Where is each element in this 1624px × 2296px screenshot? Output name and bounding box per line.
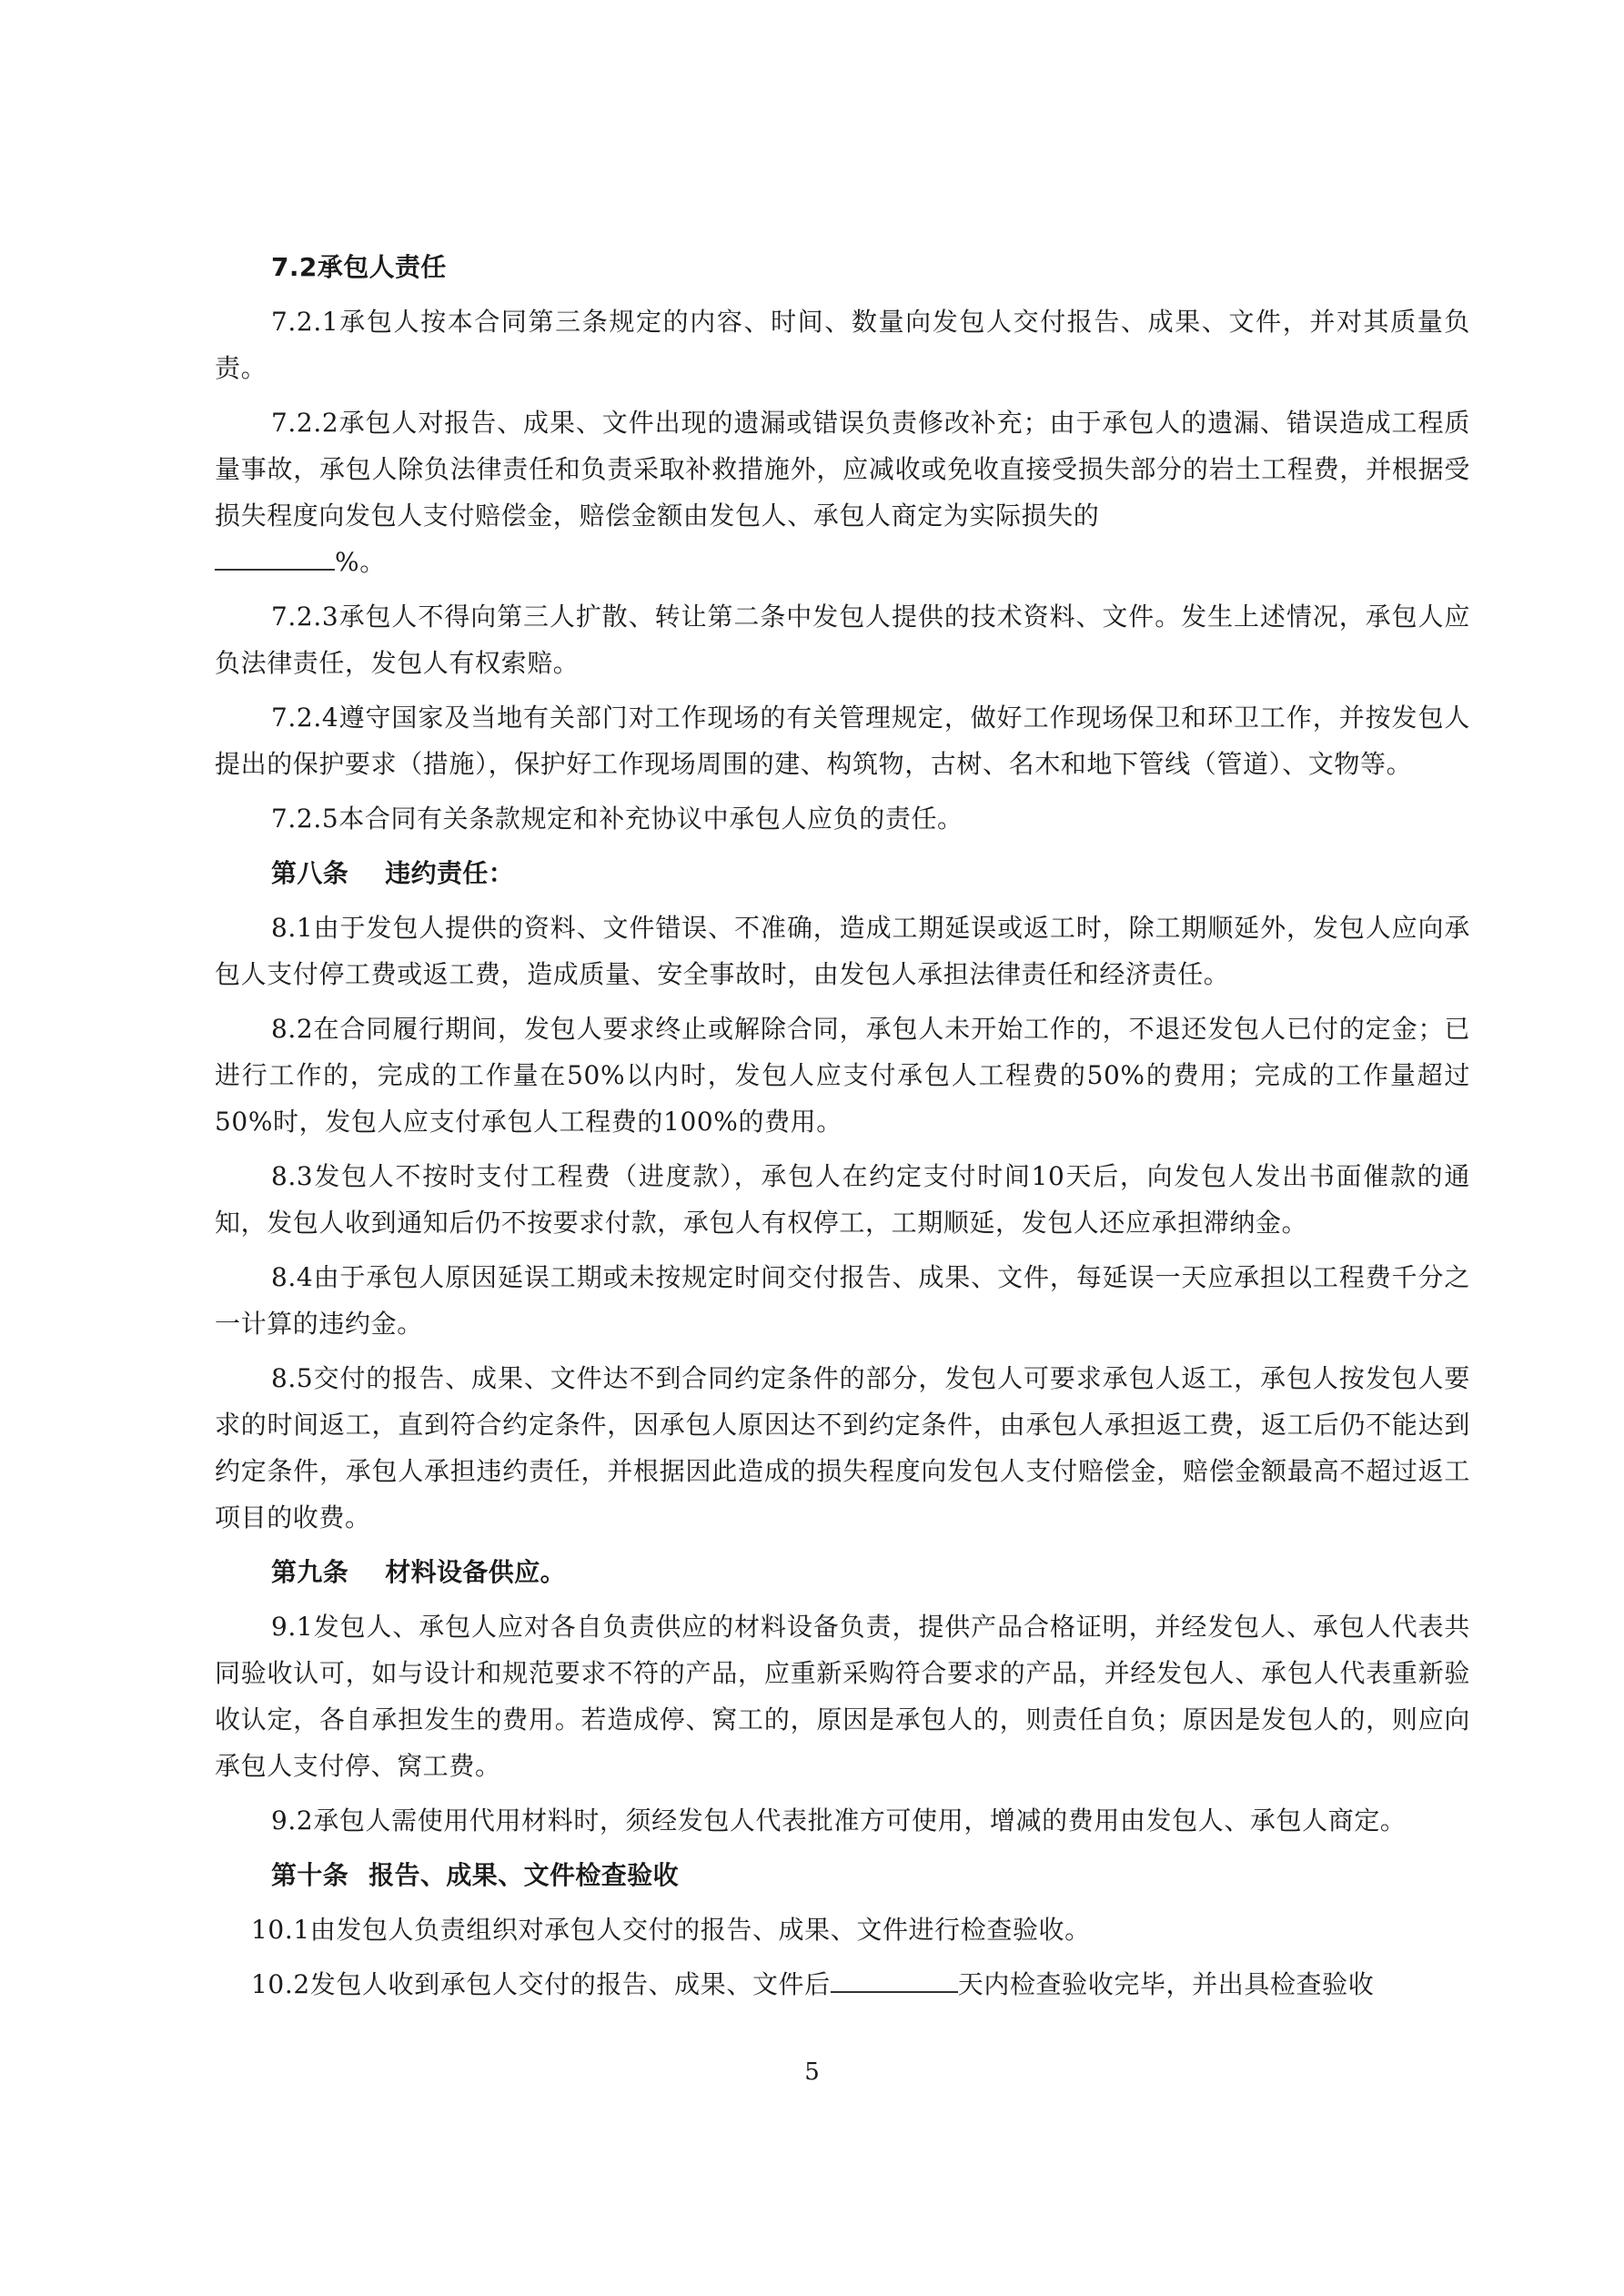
clause-10-2-text: 10.2发包人收到承包人交付的报告、成果、文件后 [251, 1969, 831, 1999]
clause-8-5: 8.5交付的报告、成果、文件达不到合同约定条件的部分，发包人可要求承包人返工，承… [215, 1355, 1470, 1541]
clause-8-2: 8.2在合同履行期间，发包人要求终止或解除合同，承包人未开始工作的，不退还发包人… [215, 1006, 1470, 1145]
fill-in-blank-percent[interactable] [215, 545, 335, 571]
clause-9-2: 9.2承包人需使用代用材料时，须经发包人代表批准方可使用，增减的费用由发包人、承… [215, 1797, 1470, 1844]
clause-7-2-2-text: 7.2.2承包人对报告、成果、文件出现的遗漏或错误负责修改补充；由于承包人的遗漏… [215, 408, 1470, 531]
clause-7-2-1: 7.2.1承包人按本合同第三条规定的内容、时间、数量向发包人交付报告、成果、文件… [215, 298, 1470, 391]
clause-10-2: 10.2发包人收到承包人交付的报告、成果、文件后天内检查验收完毕，并出具检查验收 [215, 1961, 1470, 2008]
section-heading-7-2: 7.2承包人责任 [215, 244, 1470, 290]
article-10-number: 第十条 [271, 1860, 348, 1890]
clause-7-2-2: 7.2.2承包人对报告、成果、文件出现的遗漏或错误负责修改补充；由于承包人的遗漏… [215, 400, 1470, 585]
article-8-title: 违约责任： [385, 858, 514, 888]
fill-in-blank-days[interactable] [831, 1967, 958, 1993]
document-page: 7.2承包人责任 7.2.1承包人按本合同第三条规定的内容、时间、数量向发包人交… [215, 244, 1470, 2016]
clause-8-1: 8.1由于发包人提供的资料、文件错误、不准确，造成工期延误或返工时，除工期顺延外… [215, 905, 1470, 997]
clause-7-2-4: 7.2.4遵守国家及当地有关部门对工作现场的有关管理规定，做好工作现场保卫和环卫… [215, 694, 1470, 787]
clause-9-1: 9.1发包人、承包人应对各自负责供应的材料设备负责，提供产品合格证明，并经发包人… [215, 1603, 1470, 1789]
clause-10-2-suffix: 天内检查验收完毕，并出具检查验收 [958, 1969, 1375, 1999]
clause-7-2-5: 7.2.5本合同有关条款规定和补充协议中承包人应负的责任。 [215, 795, 1470, 842]
article-9-number: 第九条 [271, 1557, 348, 1587]
clause-7-2-3: 7.2.3承包人不得向第三人扩散、转让第二条中发包人提供的技术资料、文件。发生上… [215, 593, 1470, 686]
clause-10-1: 10.1由发包人负责组织对承包人交付的报告、成果、文件进行检查验收。 [215, 1907, 1470, 1953]
clause-8-3: 8.3发包人不按时支付工程费（进度款），承包人在约定支付时间10天后，向发包人发… [215, 1153, 1470, 1246]
page-number: 5 [0, 2058, 1624, 2086]
article-10-heading: 第十条报告、成果、文件检查验收 [215, 1852, 1470, 1898]
article-9-title: 材料设备供应。 [385, 1557, 566, 1587]
clause-8-4: 8.4由于承包人原因延误工期或未按规定时间交付报告、成果、文件，每延误一天应承担… [215, 1254, 1470, 1347]
article-8-heading: 第八条违约责任： [215, 850, 1470, 896]
clause-7-2-2-suffix: %。 [335, 547, 386, 577]
article-9-heading: 第九条材料设备供应。 [215, 1549, 1470, 1595]
article-8-number: 第八条 [271, 858, 348, 888]
article-10-title: 报告、成果、文件检查验收 [368, 1860, 679, 1890]
